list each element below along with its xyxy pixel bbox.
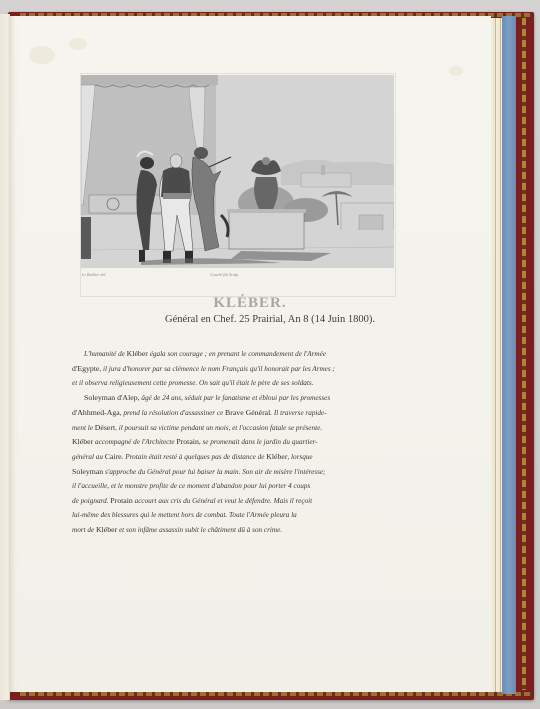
foxing-stain bbox=[449, 66, 463, 76]
body-line: et il observa religieusement cette prome… bbox=[72, 377, 402, 391]
proper-name: Protain bbox=[176, 437, 199, 446]
proper-name: d'Egypte bbox=[72, 364, 99, 373]
body-line: L'humanité de Kléber égala son courage ;… bbox=[72, 347, 402, 362]
credit-designer: Le Barbier del. bbox=[82, 272, 106, 277]
text-segment: il l'accueille, et le monstre profite de… bbox=[72, 482, 310, 490]
body-line: général au Caire. Protain était resté à … bbox=[72, 450, 402, 465]
text-segment: . Il traverse rapide- bbox=[270, 409, 326, 417]
proper-name: Kléber bbox=[72, 437, 93, 446]
text-segment: L'humanité de bbox=[84, 350, 127, 358]
gilt-border-bottom bbox=[20, 692, 532, 696]
text-segment: de poignard. bbox=[72, 497, 110, 505]
text-segment: âgé de 24 ans, séduit par le fanatisme e… bbox=[140, 394, 331, 402]
text-segment: , il poursuit sa victime pendant un mois… bbox=[115, 424, 322, 432]
text-segment: , prend la résolution d'assassiner ce bbox=[120, 409, 225, 417]
body-line: de poignard. Protain accourt aux cris du… bbox=[72, 494, 402, 509]
page-title: KLÉBER. bbox=[9, 295, 491, 312]
text-segment: . Protain était resté à quelques pas de … bbox=[122, 453, 267, 461]
text-segment: , il jura d'honorer par sa clémence le n… bbox=[99, 365, 334, 373]
text-segment: s'approche du Général pour lui baiser la… bbox=[103, 468, 325, 476]
body-text: L'humanité de Kléber égala son courage ;… bbox=[72, 347, 402, 538]
text-segment: et il observa religieusement cette prome… bbox=[72, 379, 313, 387]
text-segment: accompagné de l'Architecte bbox=[93, 438, 176, 446]
proper-name: Kléber bbox=[127, 349, 148, 358]
proper-name: Kléber bbox=[266, 452, 287, 461]
text-segment: ment le bbox=[72, 424, 95, 432]
text-segment: , se promenait dans le jardin du quartie… bbox=[199, 438, 318, 446]
body-line: Soleyman s'approche du Général pour lui … bbox=[72, 465, 402, 480]
proper-name: Soleyman bbox=[72, 467, 103, 476]
proper-name: d'Ahhmed-Aga bbox=[72, 408, 120, 417]
text-segment: égala son courage ; en prenant le comman… bbox=[148, 350, 326, 358]
credit-engraver: Couché fils Sculp. bbox=[210, 272, 239, 277]
body-line: lui-même des blessures qui le mettent ho… bbox=[72, 509, 402, 523]
proper-name: Protain bbox=[110, 496, 133, 505]
proper-name: Caire bbox=[105, 452, 122, 461]
body-line: Soleyman d'Alep, âgé de 24 ans, séduit p… bbox=[72, 391, 402, 406]
body-line: Kléber accompagné de l'Architecte Protai… bbox=[72, 435, 402, 450]
body-line: d'Ahhmed-Aga, prend la résolution d'assa… bbox=[72, 406, 402, 421]
proper-name: Kléber bbox=[96, 525, 117, 534]
text-segment: , lorsque bbox=[287, 453, 312, 461]
text-segment: et son infâme assassin subit le châtimen… bbox=[117, 526, 282, 534]
engraving-illustration bbox=[81, 75, 394, 268]
proper-name: Brave Général bbox=[225, 408, 270, 417]
body-line: d'Egypte, il jura d'honorer par sa cléme… bbox=[72, 362, 402, 377]
engraving-scene-graphic bbox=[81, 75, 394, 268]
proper-name: Soleyman d'Alep, bbox=[84, 393, 140, 402]
blue-endpaper-strip bbox=[502, 16, 516, 694]
text-segment: lui-même des blessures qui le mettent ho… bbox=[72, 511, 297, 519]
page-subtitle: Général en Chef. 25 Prairial, An 8 (14 J… bbox=[0, 314, 540, 325]
text-segment: général au bbox=[72, 453, 105, 461]
gilt-border-right bbox=[522, 18, 526, 690]
foxing-stain bbox=[29, 46, 55, 64]
body-line: mort de Kléber et son infâme assassin su… bbox=[72, 523, 402, 538]
foxing-stain bbox=[69, 38, 87, 50]
body-line: ment le Désert, il poursuit sa victime p… bbox=[72, 421, 402, 436]
text-segment: mort de bbox=[72, 526, 96, 534]
proper-name: Désert bbox=[95, 423, 115, 432]
body-line: il l'accueille, et le monstre profite de… bbox=[72, 480, 402, 494]
text-segment: accourt aux cris du Général et veut le d… bbox=[133, 497, 312, 505]
